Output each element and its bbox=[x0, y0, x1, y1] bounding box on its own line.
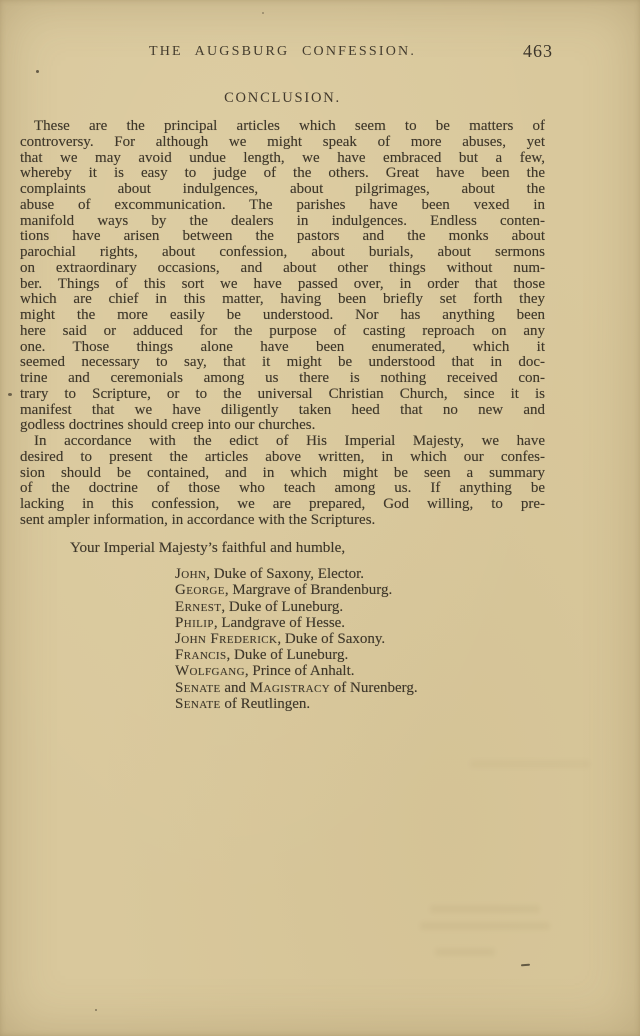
running-head: THE AUGSBURG CONFESSION. bbox=[20, 44, 545, 60]
section-title: CONCLUSION. bbox=[20, 90, 545, 107]
text-line: one. Those things alone have been enumer… bbox=[20, 340, 545, 356]
signatory-name: Senate bbox=[175, 696, 221, 712]
ink-speck bbox=[8, 393, 12, 396]
signatory-title: , Margrave of Brandenburg. bbox=[225, 582, 392, 598]
signature-line: Ernest, Duke of Luneburg. bbox=[175, 599, 545, 615]
bleed-through-smudge bbox=[470, 760, 590, 768]
signatory-title: , Duke of Luneburg. bbox=[227, 647, 349, 663]
signatory-title: , Prince of Anhalt. bbox=[245, 663, 355, 679]
signatory-name: Wolfgang bbox=[175, 663, 245, 679]
paragraph: These are the principal articles which s… bbox=[20, 119, 545, 434]
signatory-name: Francis bbox=[175, 647, 227, 663]
signatory-title: , Duke of Saxony. bbox=[277, 631, 385, 647]
body-paragraphs: These are the principal articles which s… bbox=[20, 119, 545, 529]
book-page: THE AUGSBURG CONFESSION. 463 CONCLUSION.… bbox=[0, 0, 640, 1036]
signatory-title: , Landgrave of Hesse. bbox=[214, 615, 345, 631]
text-line: which are chief in this matter, having b… bbox=[20, 292, 545, 308]
signature-line: Senate of Reutlingen. bbox=[175, 696, 545, 712]
signature-line: George, Margrave of Brandenburg. bbox=[175, 582, 545, 598]
signatory-name: George bbox=[175, 582, 225, 598]
signatory-name: Ernest bbox=[175, 599, 221, 615]
text-line: of the doctrine of those who teach among… bbox=[20, 481, 545, 497]
text-line: whereby it is easy to judge of the other… bbox=[20, 166, 545, 182]
body-column: These are the principal articles which s… bbox=[20, 119, 545, 712]
paragraph: In accordance with the edict of His Impe… bbox=[20, 434, 545, 529]
ink-speck bbox=[262, 12, 264, 14]
text-line: tions have arisen between the pastors an… bbox=[20, 229, 545, 245]
text-line: lacking in this confession, we are prepa… bbox=[20, 497, 545, 513]
ink-speck bbox=[36, 70, 39, 73]
text-line: sion should be contained, and in which m… bbox=[20, 466, 545, 482]
signatory-title: and bbox=[221, 680, 250, 696]
text-line: seemed necessary to say, that it might b… bbox=[20, 355, 545, 371]
text-line: that we may avoid undue length, we have … bbox=[20, 151, 545, 167]
signature-line: Francis, Duke of Luneburg. bbox=[175, 647, 545, 663]
text-line: abuse of excommunication. The parishes h… bbox=[20, 198, 545, 214]
text-line: parochial rights, about confession, abou… bbox=[20, 245, 545, 261]
signature-line: Wolfgang, Prince of Anhalt. bbox=[175, 663, 545, 679]
page-number: 463 bbox=[523, 41, 553, 62]
signature-line: Philip, Landgrave of Hesse. bbox=[175, 615, 545, 631]
text-line: godless doctrines should creep into our … bbox=[20, 418, 545, 434]
salutation-line: Your Imperial Majesty’s faithful and hum… bbox=[70, 540, 545, 556]
signature-line: John, Duke of Saxony, Elector. bbox=[175, 566, 545, 582]
text-line: controversy. For although we might speak… bbox=[20, 135, 545, 151]
text-line: desired to present the articles above wr… bbox=[20, 450, 545, 466]
signatory-title: , Duke of Luneburg. bbox=[221, 599, 343, 615]
text-line: trary to Scripture, or to the universal … bbox=[20, 387, 545, 403]
text-line: on extraordinary occasions, and about ot… bbox=[20, 261, 545, 277]
text-line: sent ampler information, in accordance w… bbox=[20, 513, 545, 529]
text-line: here said or adduced for the purpose of … bbox=[20, 324, 545, 340]
text-line: complaints about indulgences, about pilg… bbox=[20, 182, 545, 198]
signatory-name: Senate bbox=[175, 680, 221, 696]
ink-speck bbox=[95, 1009, 97, 1011]
signatory-name: John bbox=[175, 566, 206, 582]
text-line: trine and ceremonials among us there is … bbox=[20, 371, 545, 387]
signature-line: John Frederick, Duke of Saxony. bbox=[175, 631, 545, 647]
signatory-name: Magistracy bbox=[250, 680, 330, 696]
signatory-name: John Frederick bbox=[175, 631, 277, 647]
text-line: might the more easily be understood. Nor… bbox=[20, 308, 545, 324]
signatory-title: of Reutlingen. bbox=[221, 696, 311, 712]
signatory-title: , Duke of Saxony, Elector. bbox=[206, 566, 364, 582]
text-line: ber. Things of this sort we have passed … bbox=[20, 277, 545, 293]
signatory-title: of Nurenberg. bbox=[330, 680, 418, 696]
text-line: In accordance with the edict of His Impe… bbox=[20, 434, 545, 450]
signatory-name: Philip bbox=[175, 615, 214, 631]
bleed-through-smudge bbox=[430, 905, 540, 913]
text-line: These are the principal articles which s… bbox=[20, 119, 545, 135]
bleed-through-smudge bbox=[435, 948, 495, 956]
scan-dash-mark bbox=[521, 964, 530, 967]
signature-line: Senate and Magistracy of Nurenberg. bbox=[175, 680, 545, 696]
text-line: manifold ways by the dealers in indulgen… bbox=[20, 214, 545, 230]
text-line: manifest that we have diligently taken h… bbox=[20, 403, 545, 419]
signature-list: John, Duke of Saxony, Elector.George, Ma… bbox=[175, 566, 545, 712]
bleed-through-smudge bbox=[420, 922, 550, 930]
